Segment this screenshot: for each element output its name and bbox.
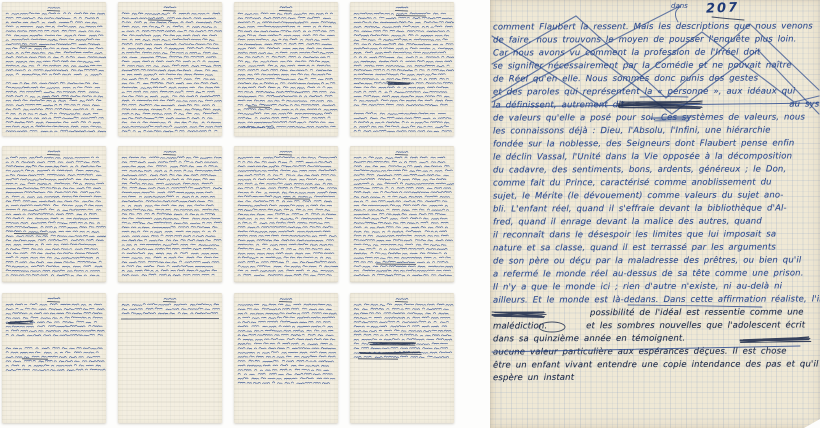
manuscript-line: il reconnaît dans le désespoir les limit…	[493, 230, 776, 241]
manuscript-thumbnail	[2, 146, 106, 282]
manuscript-thumbnail	[118, 146, 222, 282]
manuscript-line: sujet, le Mérite (le dévouement) comme v…	[493, 190, 783, 201]
manuscript-line: de faire, nous trouvons le moyen de pous…	[493, 34, 797, 45]
handwriting-scribble	[118, 2, 222, 136]
handwriting-scribble	[350, 2, 454, 136]
manuscript-line: a refermé le monde réel au-dessus de sa …	[493, 268, 804, 279]
manuscript-line: de son père ou déçu par la maladresse de…	[493, 255, 801, 266]
manuscript-line: ailleurs. Et le monde est là-dedans. Dan…	[493, 294, 820, 305]
manuscript-line: se signifier nécessairement par la Coméd…	[493, 60, 792, 71]
manuscript-thumbnail	[234, 2, 338, 136]
manuscript-line: les connaissons déjà : Dieu, l'Absolu, l…	[493, 126, 771, 137]
manuscript-photo: 207 dans comment Flaubert la ressent. Ma…	[0, 0, 820, 428]
manuscript-thumbnail	[2, 2, 106, 136]
manuscript-line: malédiction. et les sombres nouvelles qu…	[493, 320, 805, 331]
manuscript-thumbnail	[350, 146, 454, 282]
handwriting-scribble	[350, 293, 454, 423]
manuscript-line: la définissent, autrement dit au système	[493, 99, 820, 110]
manuscript-thumbnail	[2, 293, 106, 423]
manuscript-line: possibilité de l'idéal est ressentie com…	[493, 307, 804, 318]
manuscript-line: dans sa quinzième année en témoignent.	[493, 334, 685, 345]
handwriting-scribble	[350, 146, 454, 282]
page-number: 207	[706, 0, 740, 16]
handwriting-scribble	[2, 146, 106, 282]
manuscript-line: le déclin Vassal, l'Unité dans la Vie op…	[493, 151, 792, 162]
manuscript-line: du cadavre, des sentiments, bons, ardent…	[493, 164, 786, 175]
manuscript-thumbnail	[118, 293, 222, 423]
manuscript-line: bli. L'enfant réel, quand il s'effraie d…	[493, 203, 787, 214]
handwriting-scribble	[118, 146, 222, 282]
manuscript-line: nature et sa classe, quand il est terras…	[493, 243, 776, 254]
inserted-word: dans	[671, 2, 688, 10]
manuscript-line: de Réel qu'en elle. Nous sommes donc pun…	[493, 74, 758, 85]
manuscript-line: de valeurs qu'elle a posé pour soi. Ces …	[493, 112, 805, 123]
manuscript-line: être un enfant vivant entendre une copie…	[493, 359, 819, 370]
manuscript-line: espère un instant	[493, 373, 574, 383]
page-corner-cut	[804, 419, 820, 428]
scribble-mark	[740, 337, 811, 343]
manuscript-thumbnail	[350, 2, 454, 136]
manuscript-line: et des paroles qui représentent la « per…	[493, 86, 795, 97]
manuscript-line: Car nous avons vu comment la profession …	[493, 48, 760, 59]
handwriting-scribble	[118, 293, 222, 423]
manuscript-line: fred, quand il enrage devant la malice d…	[493, 217, 762, 228]
manuscript-thumbnail	[234, 293, 338, 423]
manuscript-line: aucune valeur particulière aux espérance…	[493, 346, 787, 357]
manuscript-thumbnail	[234, 146, 338, 282]
manuscript-line: comme fait du Prince, caractérisé comme …	[493, 178, 772, 189]
handwriting-scribble	[234, 293, 338, 423]
manuscript-line: Il n'y a que le monde ici ; rien d'autre…	[493, 281, 782, 292]
manuscript-thumbnail	[118, 2, 222, 136]
manuscript-page-207: 207 dans comment Flaubert la ressent. Ma…	[490, 0, 820, 428]
handwriting-scribble	[234, 2, 338, 136]
handwriting-scribble	[2, 2, 106, 136]
manuscript-line: fondée sur la noblesse, des Seigneurs do…	[493, 138, 794, 149]
manuscript-line: comment Flaubert la ressent. Mais les de…	[493, 21, 813, 32]
handwriting-scribble	[234, 146, 338, 282]
manuscript-thumbnail	[350, 293, 454, 423]
underline-mark	[712, 17, 744, 20]
handwriting-scribble	[2, 293, 106, 423]
